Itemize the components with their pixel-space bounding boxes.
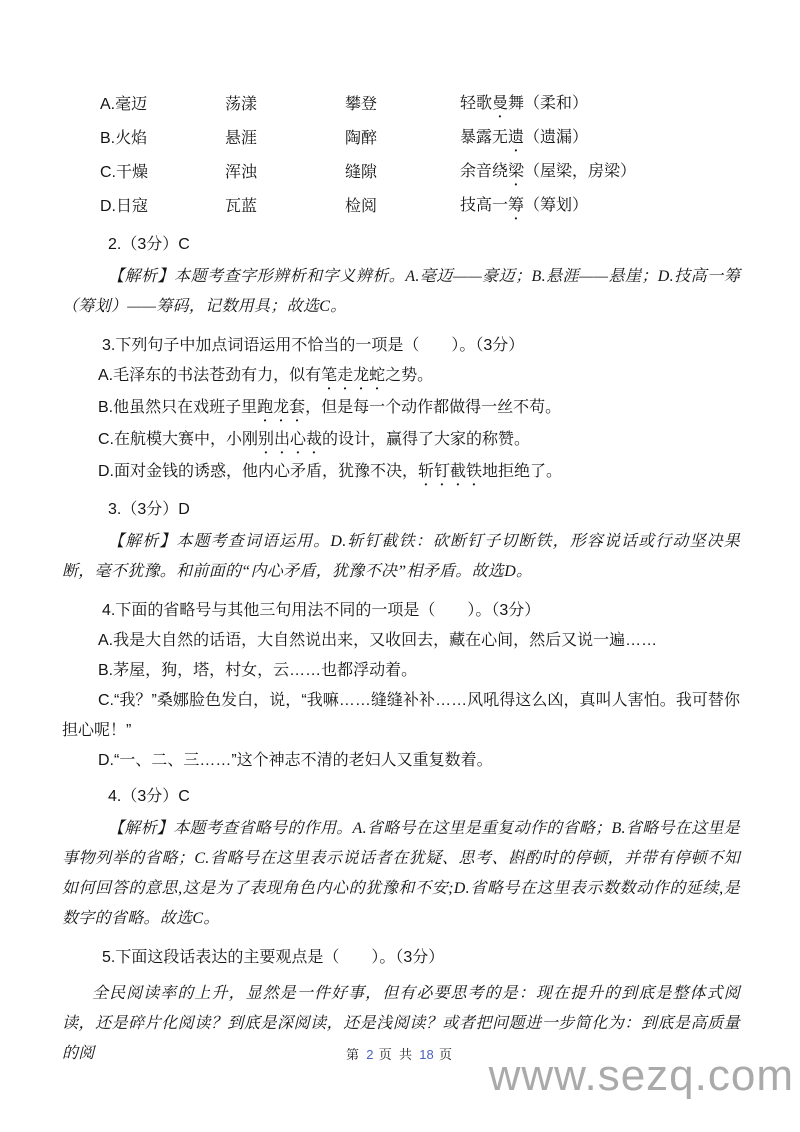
idiom-dotted-char: 梁 [508, 163, 524, 180]
word-comparison-table: A.毫迈 荡漾 攀登 轻歌曼舞（柔和） B.火焰 悬涯 陶醉 暴露无遗（遗漏） … [62, 88, 740, 224]
word-cell: A.毫迈 [100, 90, 225, 120]
word-cell-idiom: 技高一筹（筹划） [460, 191, 740, 223]
option-text: ，但是每一个动作都做得一丝不苟。 [305, 399, 561, 416]
q4-option-c: C.“我？”桑娜脸色发白，说，“我嘛……缝缝补补……风吼得这么凶，真叫人害怕。我… [62, 686, 740, 746]
q3-option-a: A.毛泽东的书法苍劲有力，似有笔走龙蛇之势。 [62, 361, 740, 393]
word-row-a: A.毫迈 荡漾 攀登 轻歌曼舞（柔和） [62, 88, 740, 122]
option-text: 之势。 [385, 367, 433, 384]
q4-analysis: 【解析】本题考查省略号的作用。A.省略号在这里是重复动作的省略；B.省略号在这里… [62, 814, 740, 934]
idiom-dotted-char: 筹 [508, 197, 524, 214]
idiom-post: 舞 [508, 95, 524, 112]
word-cell-idiom: 轻歌曼舞（柔和） [460, 89, 740, 121]
q4-option-b: B.茅屋，狗，塔，村女，云……也都浮动着。 [62, 656, 740, 686]
q4-option-d: D.“一、二、三……”这个神志不清的老妇人又重复数着。 [62, 746, 740, 776]
dotted-word: 斩钉截铁 [418, 463, 482, 480]
q2-analysis: 【解析】本题考查字形辨析和字义辨析。A.毫迈——豪迈；B.悬涯——悬崖；D.技高… [62, 262, 740, 322]
document-page: A.毫迈 荡漾 攀登 轻歌曼舞（柔和） B.火焰 悬涯 陶醉 暴露无遗（遗漏） … [0, 0, 800, 1132]
word-cell-idiom: 余音绕梁（屋梁，房梁） [460, 157, 740, 189]
word-row-d: D.日寇 瓦蓝 检阅 技高一筹（筹划） [62, 190, 740, 224]
dotted-word: 笔走龙蛇 [321, 367, 385, 384]
idiom-dotted-char: 遗 [508, 129, 524, 146]
q3-option-c: C.在航模大赛中，小刚别出心裁的设计，赢得了大家的称赞。 [62, 425, 740, 457]
option-text: A.毛泽东的书法苍劲有力，似有 [98, 367, 321, 384]
q3-stem: 3.下列句子中加点词语运用不恰当的一项是（ ）。（3分） [62, 331, 740, 361]
footer-page-number: 2 [366, 1047, 373, 1062]
word-cell: 陶醉 [345, 124, 460, 154]
word-cell: 悬涯 [225, 124, 345, 154]
q3-option-b: B.他虽然只在戏班子里跑龙套，但是每一个动作都做得一丝不苟。 [62, 393, 740, 425]
option-text: 地拒绝了。 [482, 463, 562, 480]
idiom-note: （屋梁，房梁） [524, 163, 636, 180]
q3-analysis: 【解析】本题考查词语运用。D.斩钉截铁：砍断钉子切断铁，形容说话或行动坚决果断，… [62, 527, 740, 587]
word-cell: 缝隙 [345, 158, 460, 188]
q5-stem: 5.下面这段话表达的主要观点是（ ）。（3分） [62, 943, 740, 973]
q2-answer: 2.（3分）C [62, 230, 740, 260]
footer-text: 页 [379, 1047, 394, 1062]
word-row-c: C.干燥 浑浊 缝隙 余音绕梁（屋梁，房梁） [62, 156, 740, 190]
dotted-word: 跑龙套 [257, 399, 305, 416]
word-row-b: B.火焰 悬涯 陶醉 暴露无遗（遗漏） [62, 122, 740, 156]
idiom-dotted-char: 曼 [492, 95, 508, 112]
word-cell: B.火焰 [100, 124, 225, 154]
option-text: C.在航模大赛中，小刚 [98, 431, 258, 448]
idiom-note: （柔和） [524, 95, 588, 112]
idiom-pre: 余音绕 [460, 163, 508, 180]
word-cell: 浑浊 [225, 158, 345, 188]
word-cell: 瓦蓝 [225, 192, 345, 222]
footer-total-pages: 18 [419, 1047, 433, 1062]
word-cell: D.日寇 [100, 192, 225, 222]
q3-answer: 3.（3分）D [62, 495, 740, 525]
idiom-pre: 暴露无 [460, 129, 508, 146]
word-cell-idiom: 暴露无遗（遗漏） [460, 123, 740, 155]
idiom-pre: 轻歌 [460, 95, 492, 112]
q4-stem: 4.下面的省略号与其他三句用法不同的一项是（ ）。（3分） [62, 596, 740, 626]
idiom-note: （遗漏） [524, 129, 588, 146]
site-watermark: www.sezq.com [489, 1054, 794, 1098]
option-text: D.面对金钱的诱惑，他内心矛盾，犹豫不决， [98, 463, 418, 480]
q3-option-d: D.面对金钱的诱惑，他内心矛盾，犹豫不决，斩钉截铁地拒绝了。 [62, 457, 740, 489]
dotted-word: 别出心裁 [258, 431, 322, 448]
footer-text: 共 [399, 1047, 414, 1062]
idiom-pre: 技高一 [460, 197, 508, 214]
q4-option-a: A.我是大自然的话语，大自然说出来，又收回去，藏在心间，然后又说一遍…… [62, 626, 740, 656]
footer-text: 页 [439, 1047, 454, 1062]
footer-text: 第 [346, 1047, 361, 1062]
option-text: 的设计，赢得了大家的称赞。 [322, 431, 530, 448]
word-cell: 检阅 [345, 192, 460, 222]
word-cell: 荡漾 [225, 90, 345, 120]
idiom-note: （筹划） [524, 197, 588, 214]
option-text: B.他虽然只在戏班子里 [98, 399, 257, 416]
word-cell: 攀登 [345, 90, 460, 120]
q4-answer: 4.（3分）C [62, 782, 740, 812]
word-cell: C.干燥 [100, 158, 225, 188]
document-content: A.毫迈 荡漾 攀登 轻歌曼舞（柔和） B.火焰 悬涯 陶醉 暴露无遗（遗漏） … [62, 88, 740, 1069]
